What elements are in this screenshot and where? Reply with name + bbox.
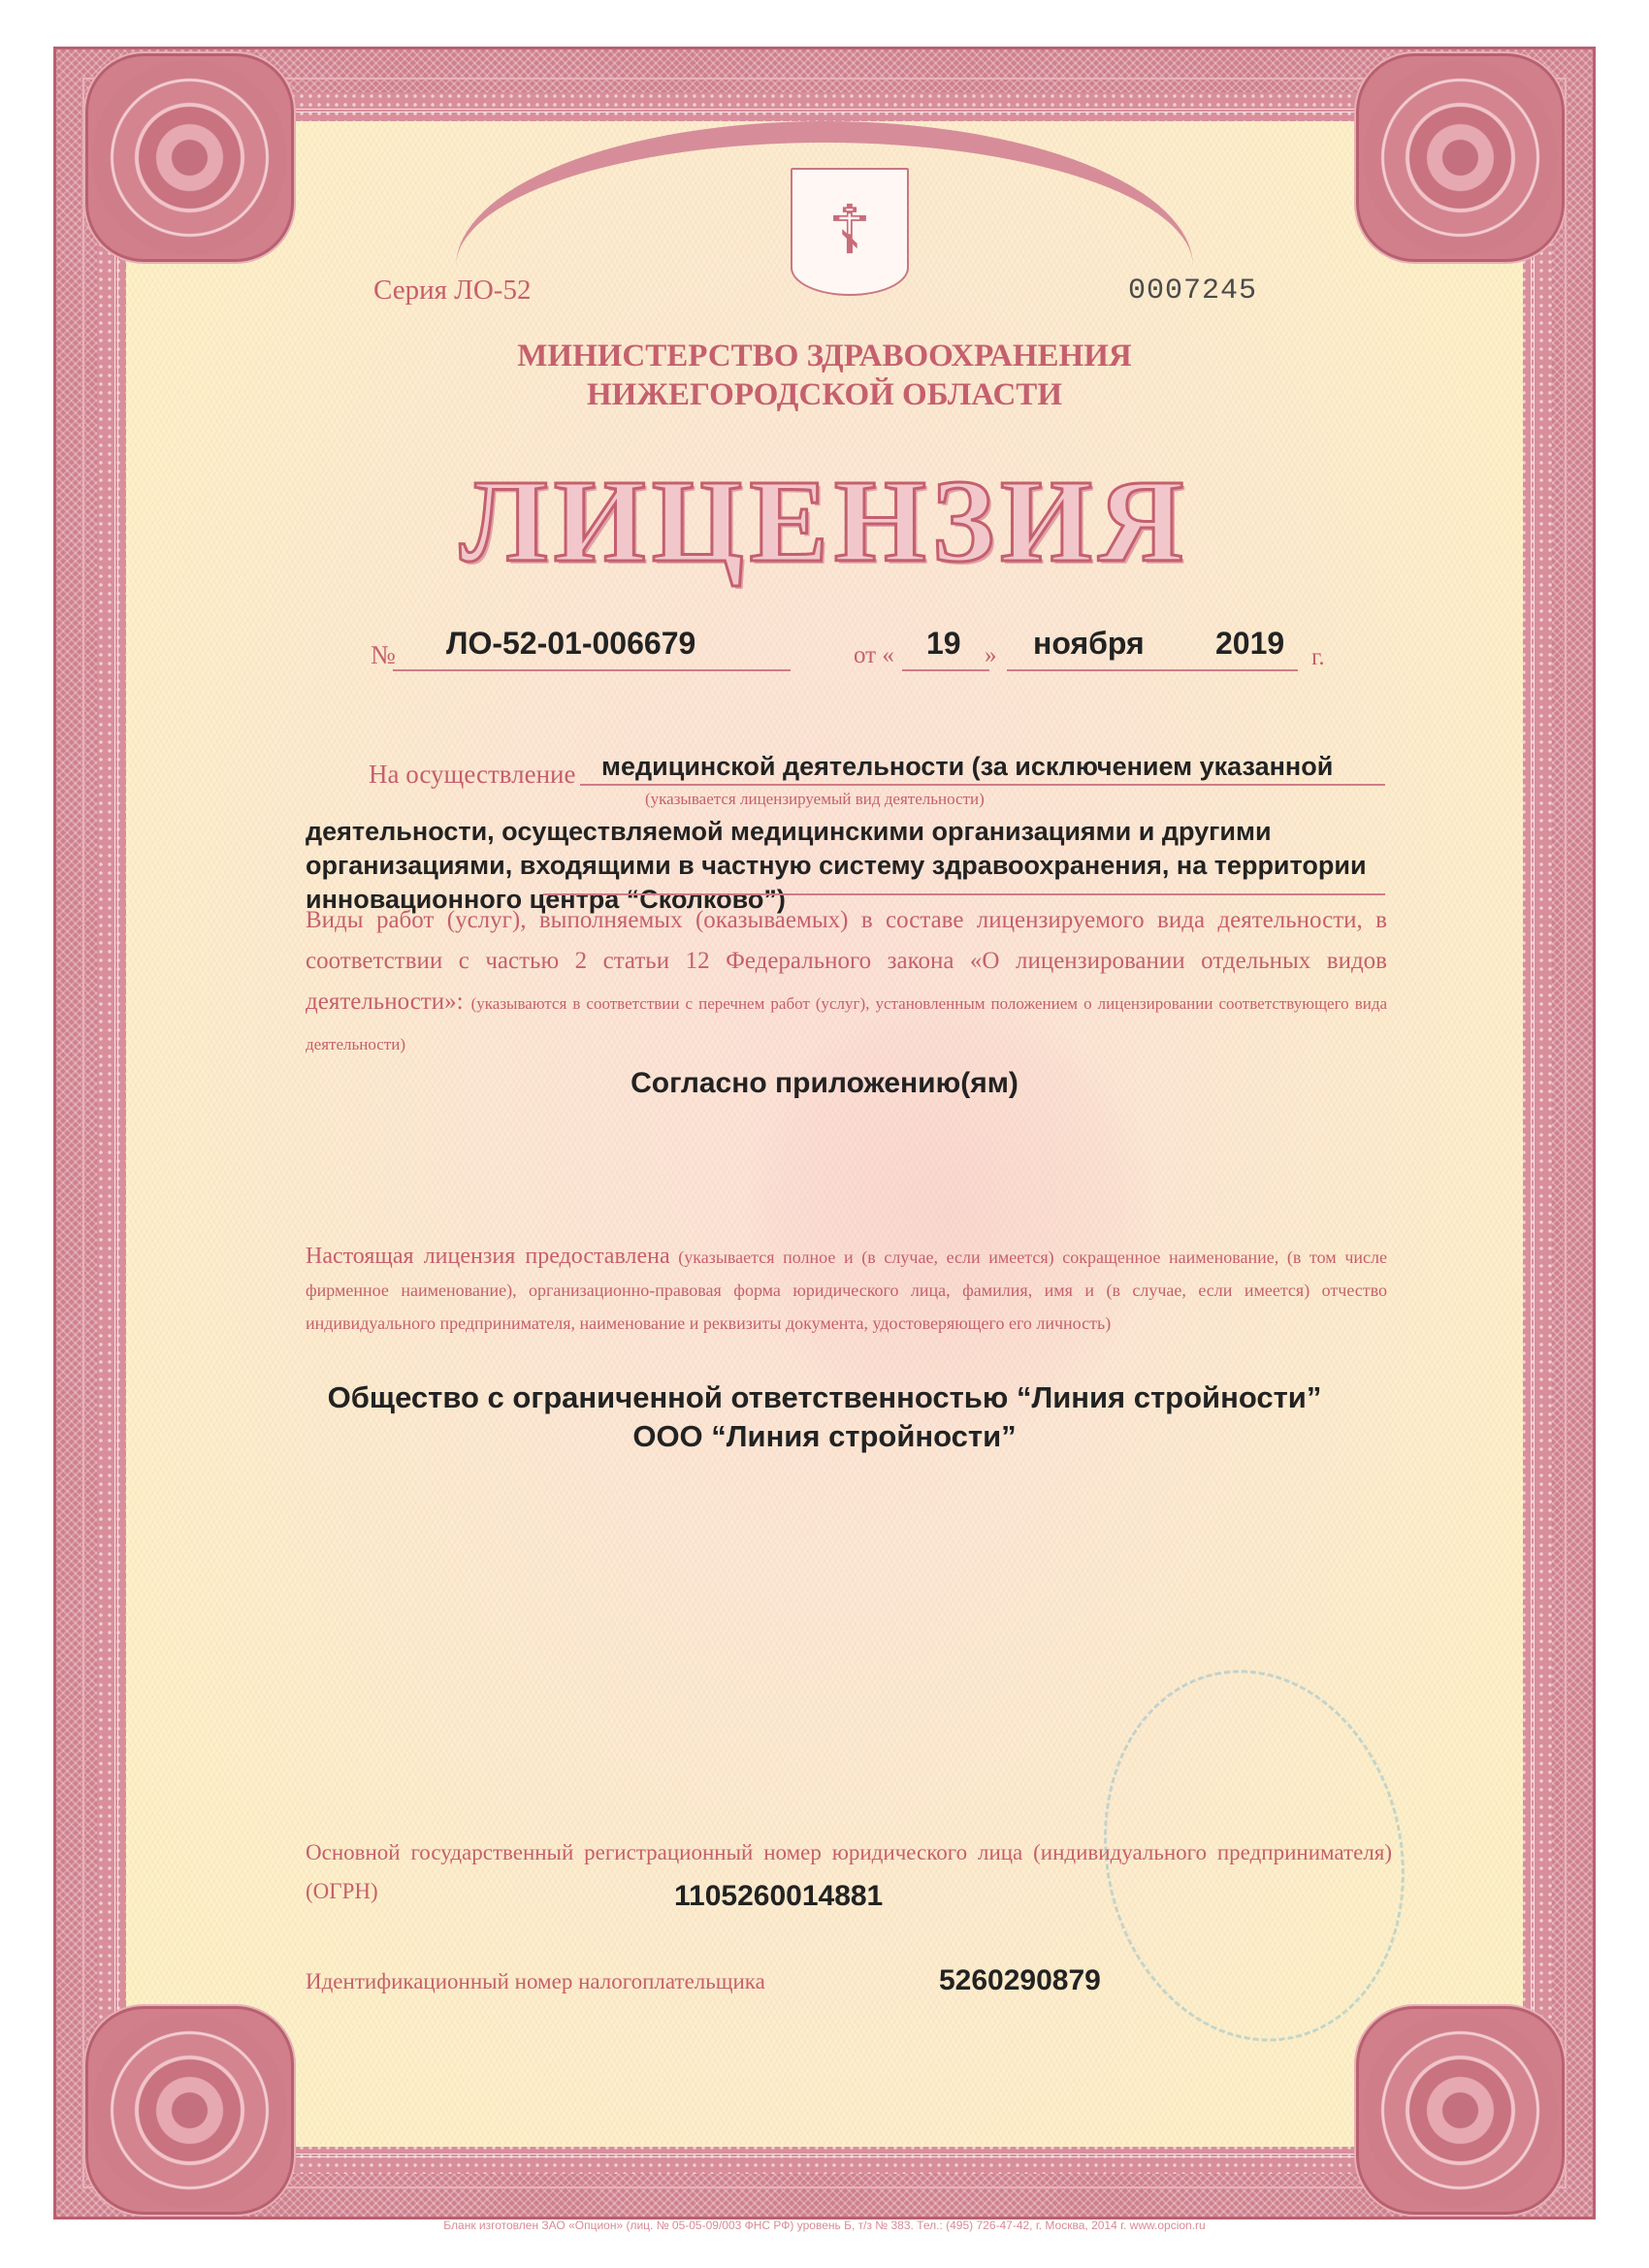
- date-prefix: от «: [854, 642, 894, 669]
- activity-underline: [580, 784, 1385, 786]
- inn-label: Идентификационный номер налогоплательщик…: [306, 1969, 765, 1994]
- works-hint: (указываются в соответствии с перечнем р…: [306, 994, 1387, 1053]
- year-suffix: г.: [1311, 644, 1325, 671]
- issue-month: ноября: [1033, 626, 1145, 662]
- issuer-line-2: НИЖЕГОРОДСКОЙ ОБЛАСТИ: [126, 376, 1523, 414]
- activity-label: На осуществление: [369, 760, 576, 790]
- printer-footnote: Бланк изготовлен ЗАО «Опцион» (лиц. № 05…: [126, 2219, 1523, 2232]
- date-close-quote: »: [985, 642, 997, 669]
- day-underline: [902, 669, 989, 671]
- activity-first-line: медицинской деятельности (за исключением…: [601, 752, 1333, 782]
- double-headed-eagle-icon: ☦: [827, 198, 871, 266]
- activity-underline-2: [543, 893, 1385, 895]
- coat-of-arms-icon: ☦: [791, 168, 909, 296]
- corner-rosette-icon: [85, 53, 294, 262]
- license-number: ЛО-52-01-006679: [446, 626, 695, 662]
- works-value: Согласно приложению(ям): [126, 1067, 1523, 1100]
- issuer-line-1: МИНИСТЕРСТВО ЗДРАВООХРАНЕНИЯ: [126, 338, 1523, 375]
- licensee-lead: Настоящая лицензия предоставлена: [306, 1244, 670, 1269]
- ogrn-value: 1105260014881: [674, 1880, 883, 1913]
- activity-hint: (указывается лицензируемый вид деятельно…: [645, 790, 985, 809]
- corner-rosette-icon: [85, 2006, 294, 2215]
- serial-number: 0007245: [1128, 275, 1257, 308]
- issue-day: 19: [926, 626, 961, 662]
- organization-short-name: ООО “Линия стройности”: [126, 1419, 1523, 1454]
- month-year-underline: [1007, 669, 1298, 671]
- works-description: Виды работ (услуг), выполняемых (оказыва…: [306, 900, 1387, 1063]
- number-sign: №: [371, 640, 396, 670]
- organization-full-name: Общество с ограниченной ответственностью…: [126, 1380, 1523, 1415]
- corner-rosette-icon: [1356, 53, 1565, 262]
- number-underline: [393, 669, 791, 671]
- series-label: Серия ЛО-52: [373, 275, 531, 307]
- issue-year: 2019: [1215, 626, 1284, 662]
- licensee-description: Настоящая лицензия предоставлена (указыв…: [306, 1240, 1387, 1340]
- inn-value: 5260290879: [939, 1964, 1101, 1997]
- corner-rosette-icon: [1356, 2006, 1565, 2215]
- document-title: ЛИЦЕНЗИЯ: [126, 454, 1523, 590]
